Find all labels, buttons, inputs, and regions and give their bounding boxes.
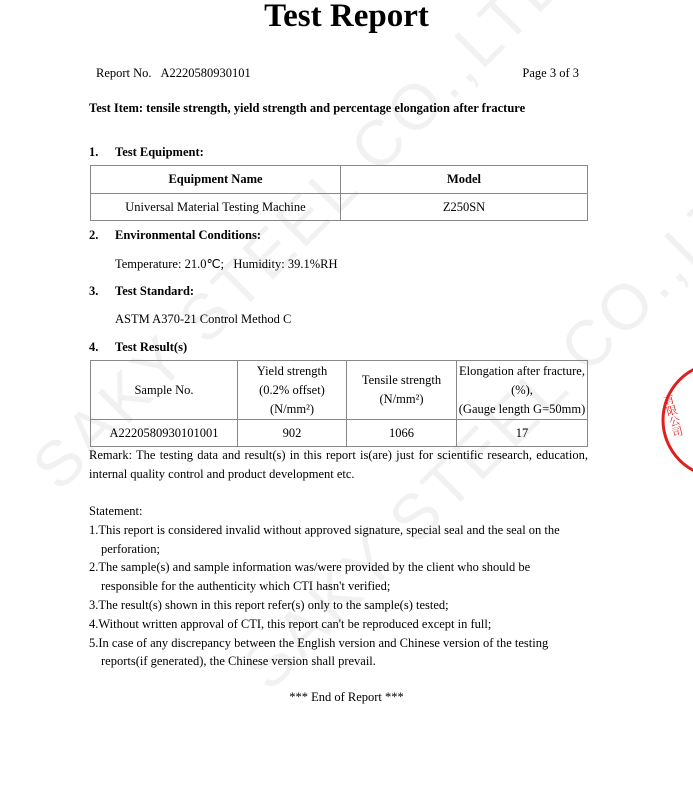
report-meta: Report No. A2220580930101 Page 3 of 3	[96, 66, 579, 81]
company-seal-icon: 有限公司	[660, 360, 693, 480]
table-header: Elongation after fracture,(%),(Gauge len…	[457, 361, 588, 420]
section-title: Test Standard:	[115, 284, 194, 298]
table-header: Model	[341, 166, 588, 194]
report-no: A2220580930101	[160, 66, 250, 80]
section-heading: 2.Environmental Conditions:	[89, 228, 261, 243]
result-table: Sample No.Yield strength(0.2% offset)(N/…	[90, 360, 588, 447]
section-number: 2.	[89, 228, 115, 243]
statement-heading: Statement:	[89, 502, 599, 521]
section-number: 4.	[89, 340, 115, 355]
table-header: Tensile strength(N/mm²)	[347, 361, 457, 420]
statement: Statement: 1.This report is considered i…	[89, 502, 599, 671]
report-no-label: Report No.	[96, 66, 158, 81]
statement-item: 3.The result(s) shown in this report ref…	[89, 596, 599, 615]
page-title: Test Report	[0, 0, 693, 38]
section-title: Test Result(s)	[115, 340, 187, 354]
remark: Remark: The testing data and result(s) i…	[89, 446, 588, 484]
test-standard: ASTM A370-21 Control Method C	[115, 312, 291, 327]
page-number: Page 3 of 3	[522, 66, 579, 81]
equipment-table: Equipment Name Model Universal Material …	[90, 165, 588, 221]
table-cell: Z250SN	[341, 194, 588, 221]
table-row: Universal Material Testing Machine Z250S…	[91, 194, 588, 221]
table-header: Sample No.	[91, 361, 238, 420]
table-row: A2220580930101001 902 1066 17	[91, 420, 588, 447]
statement-item: 5.In case of any discrepancy between the…	[89, 634, 571, 672]
section-heading: 3.Test Standard:	[89, 284, 194, 299]
section-heading: 4.Test Result(s)	[89, 340, 187, 355]
table-cell: 17	[457, 420, 588, 447]
table-header: Yield strength(0.2% offset)(N/mm²)	[238, 361, 347, 420]
table-cell: 902	[238, 420, 347, 447]
table-cell: A2220580930101001	[91, 420, 238, 447]
statement-item: 1.This report is considered invalid with…	[89, 521, 571, 559]
section-title: Environmental Conditions:	[115, 228, 261, 242]
section-number: 1.	[89, 145, 115, 160]
table-cell: Universal Material Testing Machine	[91, 194, 341, 221]
table-cell: 1066	[347, 420, 457, 447]
section-title: Test Equipment:	[115, 145, 204, 159]
statement-item: 2.The sample(s) and sample information w…	[89, 558, 551, 596]
section-heading: 1.Test Equipment:	[89, 145, 204, 160]
environment-conditions: Temperature: 21.0℃; Humidity: 39.1%RH	[115, 256, 338, 272]
test-item: Test Item: tensile strength, yield stren…	[89, 101, 525, 116]
table-header: Equipment Name	[91, 166, 341, 194]
end-of-report: *** End of Report ***	[0, 690, 693, 705]
statement-item: 4.Without written approval of CTI, this …	[89, 615, 599, 634]
section-number: 3.	[89, 284, 115, 299]
